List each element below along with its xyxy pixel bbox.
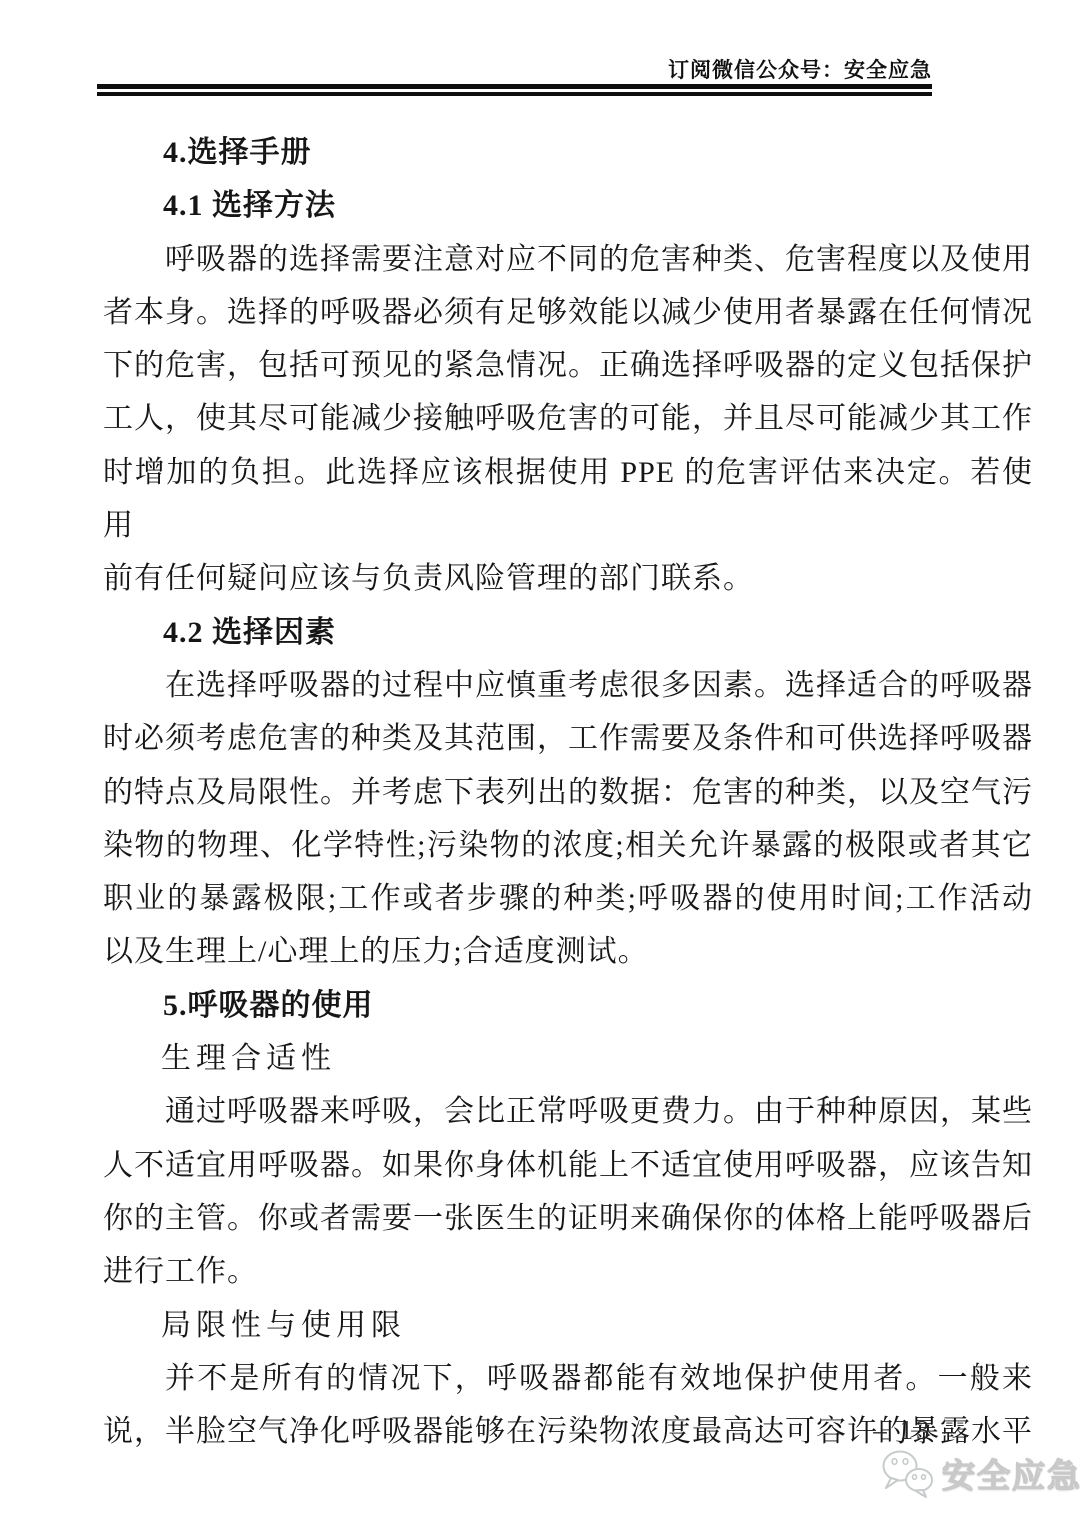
paragraph-line: 通过呼吸器来呼吸，会比正常呼吸更费力。由于种种原因，某些 xyxy=(103,1085,1033,1138)
header-double-rule xyxy=(97,84,932,96)
watermark-label: 安全应急 xyxy=(942,1450,1080,1497)
paragraph-line: 染物的物理、化学特性;污染物的浓度;相关允许暴露的极限或者其它 xyxy=(103,819,1033,872)
body-paragraph: 呼吸器的选择需要注意对应不同的危害种类、危害程度以及使用者本身。选择的呼吸器必须… xyxy=(103,233,1033,606)
paragraph-line: 人不适宜用呼吸器。如果你身体机能上不适宜使用呼吸器，应该告知 xyxy=(103,1139,1033,1192)
document-page: { "header": { "text": "订阅微信公众号：安全应急" }, … xyxy=(0,0,1080,1527)
sub-heading: 生理合适性 xyxy=(103,1032,1033,1085)
paragraph-line: 在选择呼吸器的过程中应慎重考虑很多因素。选择适合的呼吸器 xyxy=(103,659,1033,712)
section-heading: 4.1 选择方法 xyxy=(103,179,1033,232)
header-subscription-text: 订阅微信公众号：安全应急 xyxy=(668,54,932,84)
paragraph-line: 前有任何疑问应该与负责风险管理的部门联系。 xyxy=(103,552,1033,605)
wechat-logo-icon xyxy=(879,1447,935,1499)
section-heading: 5.呼吸器的使用 xyxy=(103,979,1033,1032)
sub-heading: 局限性与使用限 xyxy=(103,1299,1033,1352)
paragraph-line: 时增加的负担。此选择应该根据使用 PPE 的危害评估来决定。若使用 xyxy=(103,446,1033,553)
body-paragraph: 通过呼吸器来呼吸，会比正常呼吸更费力。由于种种原因，某些人不适宜用呼吸器。如果你… xyxy=(103,1085,1033,1298)
paragraph-line: 时必须考虑危害的种类及其范围，工作需要及条件和可供选择呼吸器 xyxy=(103,712,1033,765)
page-number: – 13 – xyxy=(860,1415,972,1446)
paragraph-line: 进行工作。 xyxy=(103,1245,1033,1298)
watermark: 安全应急 xyxy=(879,1447,1080,1499)
paragraph-line: 工人，使其尽可能减少接触呼吸危害的可能，并且尽可能减少其工作 xyxy=(103,392,1033,445)
paragraph-line: 呼吸器的选择需要注意对应不同的危害种类、危害程度以及使用 xyxy=(103,233,1033,286)
document-body: 4.选择手册4.1 选择方法呼吸器的选择需要注意对应不同的危害种类、危害程度以及… xyxy=(103,126,1033,1458)
paragraph-line: 者本身。选择的呼吸器必须有足够效能以减少使用者暴露在任何情况 xyxy=(103,286,1033,339)
section-heading: 4.选择手册 xyxy=(103,126,1033,179)
paragraph-line: 职业的暴露极限;工作或者步骤的种类;呼吸器的使用时间;工作活动 xyxy=(103,872,1033,925)
paragraph-line: 你的主管。你或者需要一张医生的证明来确保你的体格上能呼吸器后 xyxy=(103,1192,1033,1245)
body-paragraph: 在选择呼吸器的过程中应慎重考虑很多因素。选择适合的呼吸器时必须考虑危害的种类及其… xyxy=(103,659,1033,979)
paragraph-line: 下的危害，包括可预见的紧急情况。正确选择呼吸器的定义包括保护 xyxy=(103,339,1033,392)
paragraph-line: 以及生理上/心理上的压力;合适度测试。 xyxy=(103,925,1033,978)
section-heading: 4.2 选择因素 xyxy=(103,606,1033,659)
paragraph-line: 并不是所有的情况下，呼吸器都能有效地保护使用者。一般来 xyxy=(103,1352,1033,1405)
paragraph-line: 的特点及局限性。并考虑下表列出的数据：危害的种类，以及空气污 xyxy=(103,766,1033,819)
